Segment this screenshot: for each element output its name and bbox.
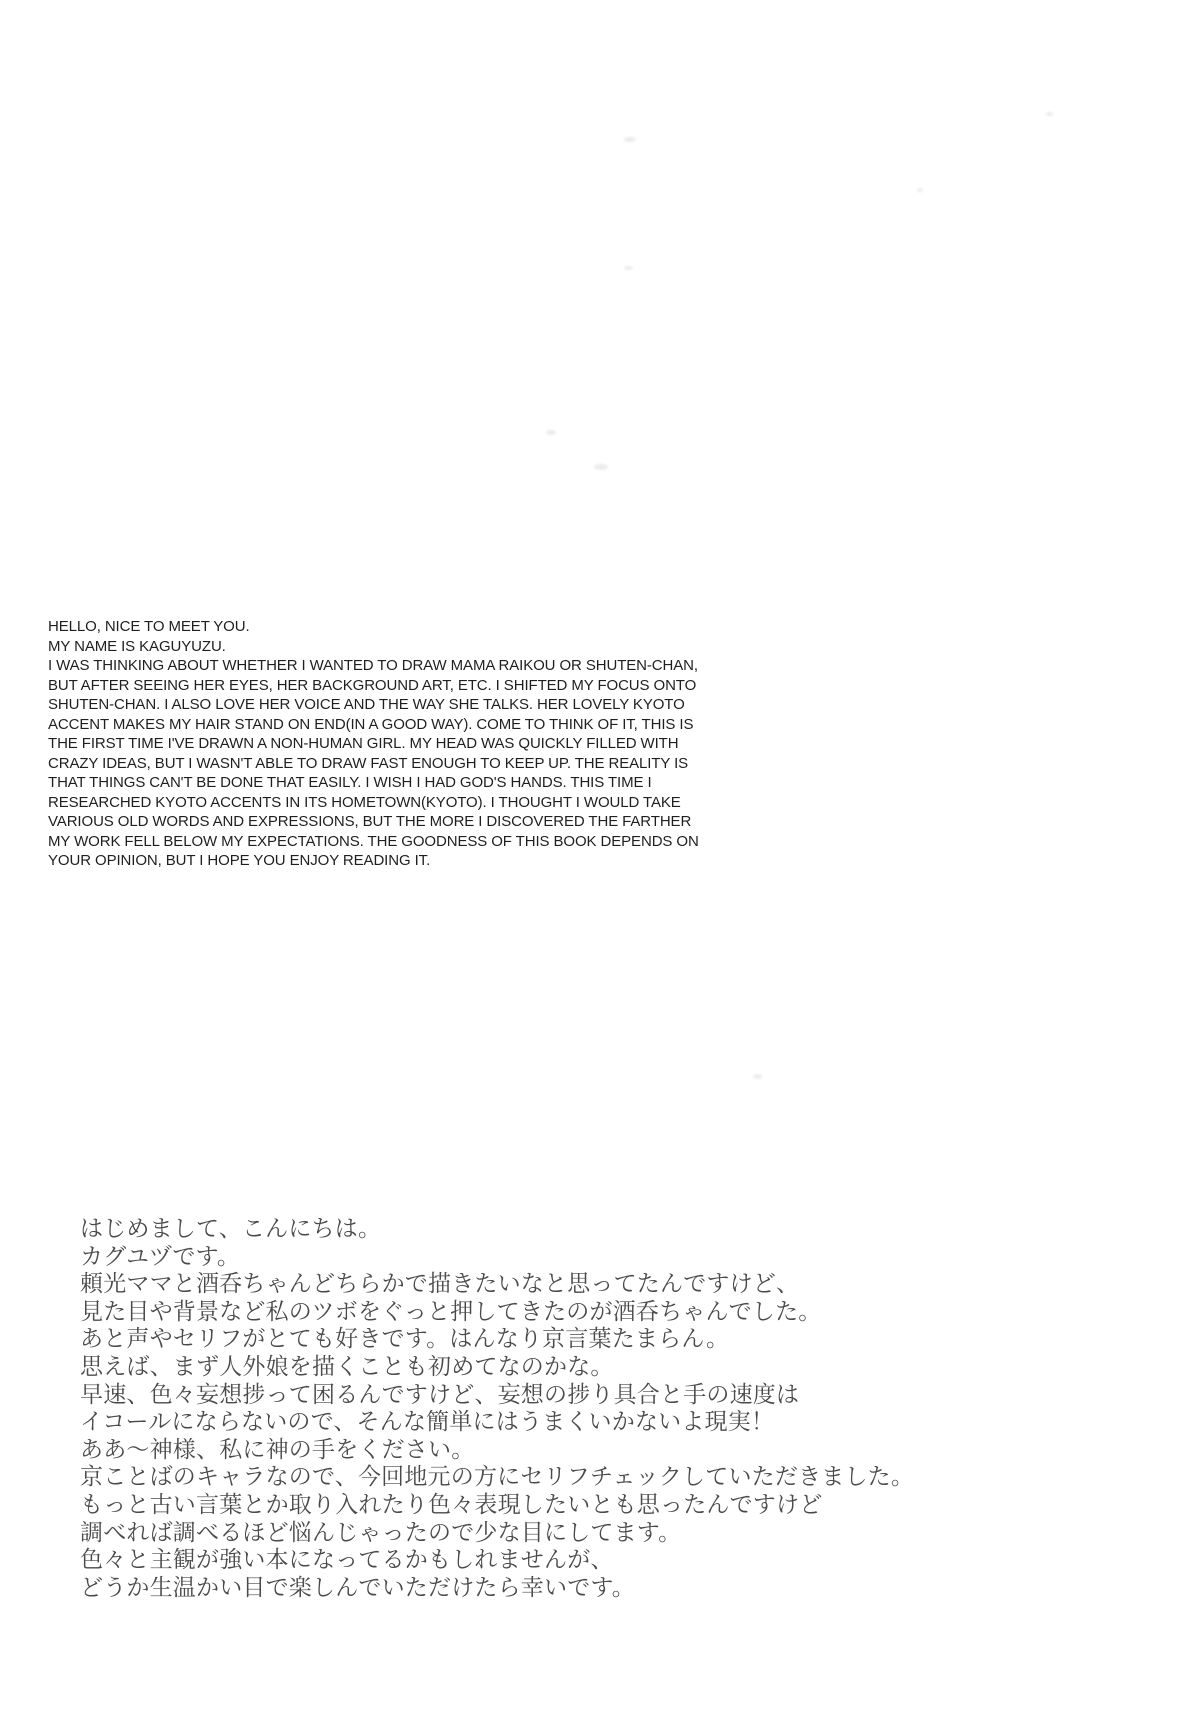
afterword-japanese-line: あと声やセリフがとても好きです。はんなり京言葉たまらん。 — [80, 1326, 940, 1354]
afterword-english-line: BUT AFTER SEEING HER EYES, HER BACKGROUN… — [48, 676, 748, 696]
afterword-japanese-line: 調べれば調べるほど悩んじゃったので少な目にしてます。 — [80, 1520, 940, 1548]
afterword-japanese-line: イコールにならないので、そんな簡単にはうまくいかないよ現実！ — [80, 1409, 940, 1437]
afterword-english-line: RESEARCHED KYOTO ACCENTS IN ITS HOMETOWN… — [48, 793, 748, 813]
afterword-japanese-line: 色々と主観が強い本になってるかもしれませんが、 — [80, 1547, 940, 1575]
afterword-english-line: YOUR OPINION, BUT I HOPE YOU ENJOY READI… — [48, 851, 748, 871]
afterword-english-line: CRAZY IDEAS, BUT I WASN'T ABLE TO DRAW F… — [48, 754, 748, 774]
afterword-english-line: HELLO, NICE TO MEET YOU. — [48, 617, 748, 637]
afterword-english-line: I WAS THINKING ABOUT WHETHER I WANTED TO… — [48, 656, 748, 676]
scan-speck — [753, 1074, 762, 1079]
afterword-english-line: MY NAME IS KAGUYUZU. — [48, 637, 748, 657]
afterword-japanese-line: はじめまして、こんにちは。 — [80, 1216, 940, 1244]
scan-speck — [624, 137, 636, 142]
afterword-japanese-line: 見た目や背景など私のツボをぐっと押してきたのが酒呑ちゃんでした。 — [80, 1299, 940, 1327]
afterword-japanese-block: はじめまして、こんにちは。 カグユヅです。 頼光ママと酒呑ちゃんどちらかで描きた… — [80, 1216, 940, 1602]
afterword-english-line: THAT THINGS CAN'T BE DONE THAT EASILY. I… — [48, 773, 748, 793]
scanned-afterword-page: HELLO, NICE TO MEET YOU. MY NAME IS KAGU… — [0, 0, 1200, 1714]
afterword-japanese-line: 京ことばのキャラなので、今回地元の方にセリフチェックしていただきました。 — [80, 1464, 940, 1492]
afterword-japanese-line: カグユヅです。 — [80, 1244, 940, 1272]
afterword-english-block: HELLO, NICE TO MEET YOU. MY NAME IS KAGU… — [48, 617, 748, 871]
afterword-english-line: VARIOUS OLD WORDS AND EXPRESSIONS, BUT T… — [48, 812, 748, 832]
afterword-japanese-line: どうか生温かい目で楽しんでいただけたら幸いです。 — [80, 1575, 940, 1603]
afterword-japanese-line: もっと古い言葉とか取り入れたり色々表現したいとも思ったんですけど — [80, 1492, 940, 1520]
afterword-japanese-line: 思えば、まず人外娘を描くことも初めてなのかな。 — [80, 1354, 940, 1382]
scan-speck — [917, 188, 923, 192]
afterword-english-line: SHUTEN-CHAN. I ALSO LOVE HER VOICE AND T… — [48, 695, 748, 715]
scan-speck — [624, 266, 633, 270]
afterword-japanese-line: 早速、色々妄想捗って困るんですけど、妄想の捗り具合と手の速度は — [80, 1382, 940, 1410]
afterword-english-line: MY WORK FELL BELOW MY EXPECTATIONS. THE … — [48, 832, 748, 852]
afterword-english-line: ACCENT MAKES MY HAIR STAND ON END(IN A G… — [48, 715, 748, 735]
scan-speck — [1046, 112, 1053, 116]
scan-speck — [594, 464, 608, 470]
afterword-japanese-line: 頼光ママと酒呑ちゃんどちらかで描きたいなと思ってたんですけど、 — [80, 1271, 940, 1299]
afterword-japanese-line: ああ～神様、私に神の手をください。 — [80, 1437, 940, 1465]
afterword-english-line: THE FIRST TIME I'VE DRAWN A NON-HUMAN GI… — [48, 734, 748, 754]
scan-speck — [546, 430, 556, 435]
